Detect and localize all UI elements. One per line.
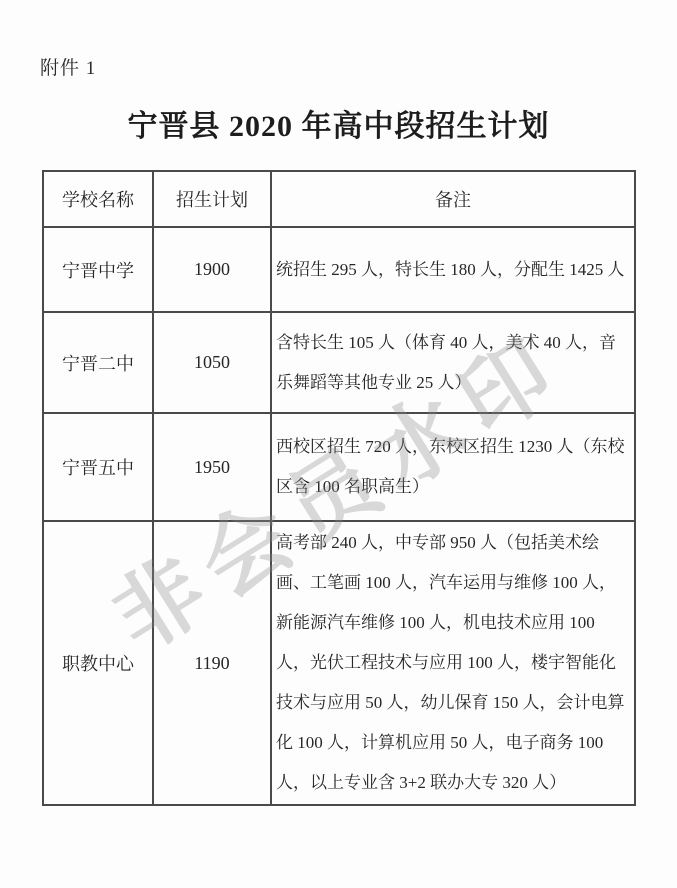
remark-cell: 西校区招生 720 人，东校区招生 1230 人（东校区含 100 名职高生） <box>271 413 635 521</box>
table-header-row: 学校名称 招生计划 备注 <box>43 171 635 227</box>
school-name-cell: 职教中心 <box>43 521 153 805</box>
plan-number-cell: 1950 <box>153 413 271 521</box>
school-name-cell: 宁晋五中 <box>43 413 153 521</box>
page-title: 宁晋县 2020 年高中段招生计划 <box>0 101 677 145</box>
table-row: 职教中心 1190 高考部 240 人，中专部 950 人（包括美术绘画、工笔画… <box>43 521 635 805</box>
remark-cell: 高考部 240 人，中专部 950 人（包括美术绘画、工笔画 100 人，汽车运… <box>271 521 635 805</box>
table-row: 宁晋五中 1950 西校区招生 720 人，东校区招生 1230 人（东校区含 … <box>43 413 635 521</box>
plan-number-cell: 1050 <box>153 312 271 413</box>
remark-cell: 统招生 295 人，特长生 180 人，分配生 1425 人 <box>271 227 635 312</box>
enrollment-table-wrapper: 学校名称 招生计划 备注 宁晋中学 1900 统招生 295 人，特长生 180… <box>42 170 636 806</box>
enrollment-plan-table: 学校名称 招生计划 备注 宁晋中学 1900 统招生 295 人，特长生 180… <box>42 170 636 806</box>
table-row: 宁晋二中 1050 含特长生 105 人（体育 40 人，美术 40 人，音乐舞… <box>43 312 635 413</box>
attachment-label: 附件 1 <box>40 53 96 80</box>
plan-number-cell: 1190 <box>153 521 271 805</box>
table-row: 宁晋中学 1900 统招生 295 人，特长生 180 人，分配生 1425 人 <box>43 227 635 312</box>
school-name-cell: 宁晋二中 <box>43 312 153 413</box>
column-header-enrollment-plan: 招生计划 <box>153 171 271 227</box>
school-name-cell: 宁晋中学 <box>43 227 153 312</box>
document-page: 附件 1 宁晋县 2020 年高中段招生计划 学校名称 招生计划 备注 宁晋中学… <box>0 0 677 888</box>
column-header-remarks: 备注 <box>271 171 635 227</box>
remark-cell: 含特长生 105 人（体育 40 人，美术 40 人，音乐舞蹈等其他专业 25 … <box>271 312 635 413</box>
plan-number-cell: 1900 <box>153 227 271 312</box>
column-header-school-name: 学校名称 <box>43 171 153 227</box>
